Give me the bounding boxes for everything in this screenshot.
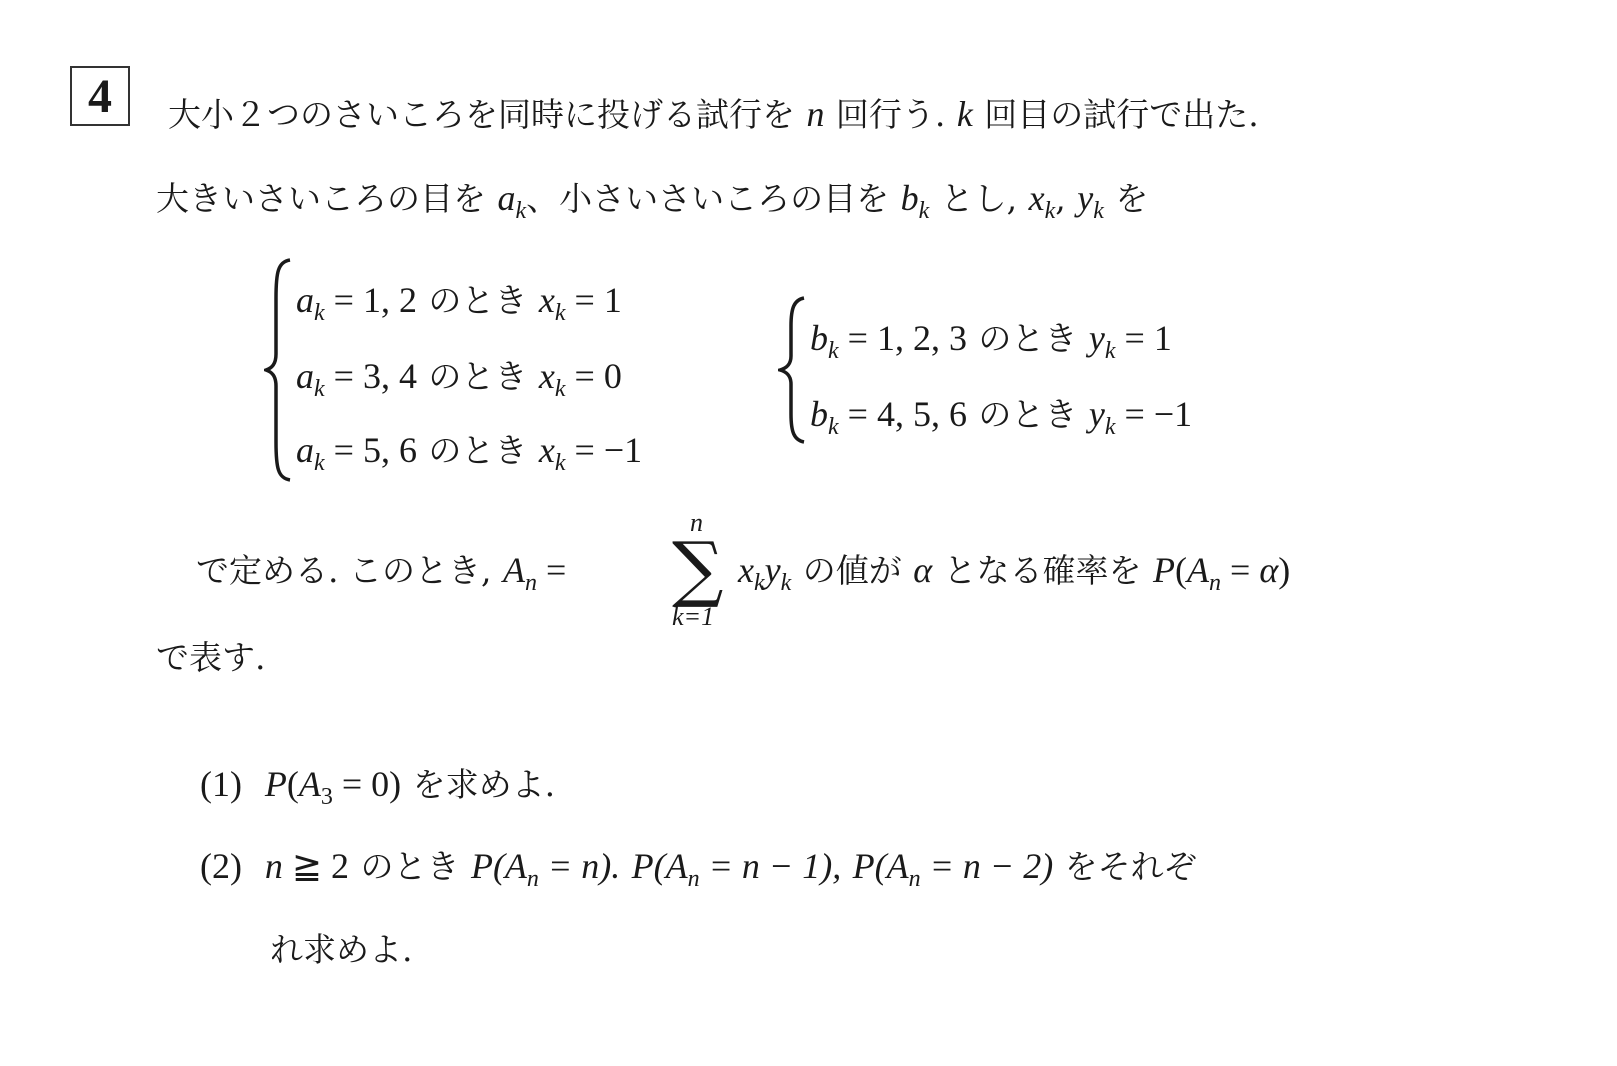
sum-sigma: ∑ [672, 532, 723, 604]
intro-line-1: 大小２つのさいころを同時に投げる試行を n 回行う. k 回目の試行で出た. [168, 92, 1259, 137]
intro2-text-4: を [1115, 179, 1148, 218]
question-2-cont: れ求めよ. [270, 928, 413, 972]
question-label: (2) [200, 846, 242, 886]
intro2-text-1: 大きいさいころの目を [156, 179, 486, 218]
comma: , [1055, 179, 1066, 218]
case-x-3: ak = 5, 6 のとき xk = −1 [296, 428, 642, 473]
case-y-1: bk = 1, 2, 3 のとき yk = 1 [810, 316, 1172, 361]
left-brace-y [778, 296, 808, 444]
question-2: (2) n ≧ 2 のとき P(An = n). P(An = n − 1), … [200, 844, 1197, 889]
intro2-text-2: 、小さいさいころの目を [526, 179, 889, 218]
intro-text-1: 大小２つのさいころを同時に投げる試行を [168, 95, 795, 134]
case-y-2: bk = 4, 5, 6 のとき yk = −1 [810, 392, 1192, 437]
intro-text-3: 回目の試行で出た. [984, 95, 1259, 134]
definition-rest: xkyk の値が α となる確率を P(An = α) [738, 548, 1290, 593]
var-a: ak [497, 178, 526, 218]
case-x-1: ak = 1, 2 のとき xk = 1 [296, 278, 622, 323]
question-1: (1) P(A3 = 0) を求めよ. [200, 762, 555, 807]
intro2-text-3: とし, [941, 179, 1018, 218]
intro-text-2: 回行う. [836, 95, 946, 134]
definition-end: で表す. [156, 636, 266, 680]
var-A: A [503, 550, 525, 590]
var-y: yk [1077, 178, 1104, 218]
case-x-2: ak = 3, 4 のとき xk = 0 [296, 354, 622, 399]
problem-number: 4 [70, 66, 130, 126]
definition-line: で定める. このとき, An = [196, 548, 566, 593]
var-k: k [957, 94, 973, 134]
var-b: bk [901, 178, 930, 218]
intro-line-2: 大きいさいころの目を ak、小さいさいころの目を bk とし, xk, yk を [156, 176, 1148, 221]
sum-lower: k=1 [672, 602, 714, 632]
var-x: xk [1029, 178, 1056, 218]
left-brace-x [264, 258, 294, 482]
var-n: n [806, 94, 824, 134]
question-label: (1) [200, 764, 242, 804]
